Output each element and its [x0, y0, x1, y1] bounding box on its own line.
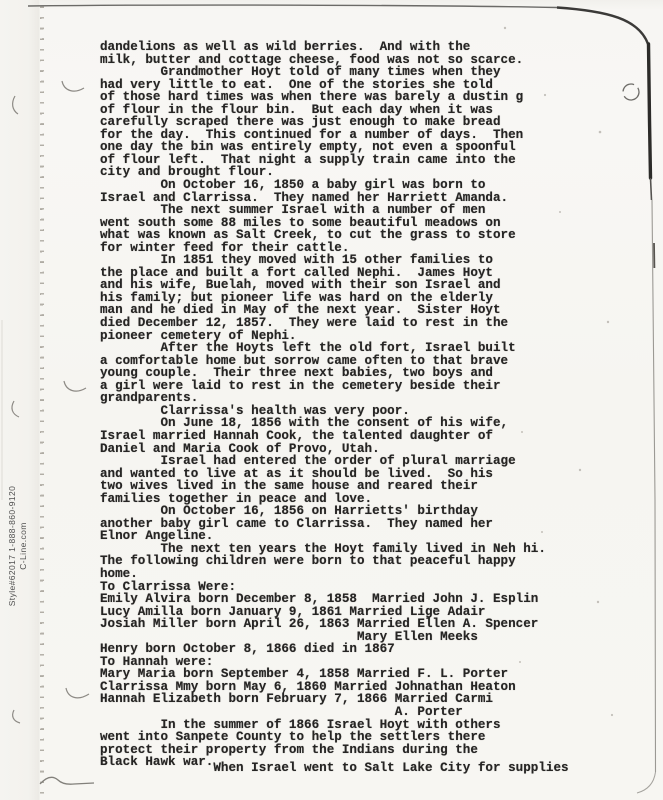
text-line: Elnor Angeline.: [100, 530, 569, 543]
text-line: When Israel went to Salt Lake City for s…: [100, 762, 569, 775]
text-line: The following children were born to that…: [100, 555, 569, 568]
text-line: Israel married Hannah Cook, the talented…: [100, 430, 569, 443]
text-line: carefully scraped there was just enough …: [100, 116, 569, 129]
text-line: grandparents.: [100, 392, 569, 405]
sheet-protector-flap: [0, 0, 40, 800]
text-line: Mary Maria born September 4, 1858 Marrie…: [100, 668, 569, 681]
punch-hole-arc: [62, 81, 84, 91]
text-line: In 1851 they moved with 15 other familie…: [100, 254, 569, 267]
text-line: of those hard times was when there was b…: [100, 91, 569, 104]
protector-style-number: Style#62017 1-888-860-9120: [7, 460, 18, 632]
text-line: home.: [100, 568, 569, 581]
text-line: what was known as Salt Creek, to cut the…: [100, 229, 569, 242]
text-line: After the Hoyts left the old fort, Israe…: [100, 342, 569, 355]
punch-hole-arc: [66, 688, 89, 698]
text-line: Grandmother Hoyt told of many times when…: [100, 66, 569, 79]
text-line: A. Porter: [100, 706, 569, 719]
sheet-protector-imprint: Style#62017 1-888-860-9120 C-Line.com: [7, 460, 31, 632]
text-line: The next summer Israel with a number of …: [100, 204, 569, 217]
text-line: Emily Alvira born December 8, 1858 Marri…: [100, 593, 569, 606]
hole-ring-mark: [620, 81, 643, 104]
text-line: Israel had entered the order of plural m…: [100, 455, 569, 468]
protector-brand: C-Line.com: [18, 460, 29, 632]
perforation-seam: [40, 0, 44, 800]
corner-edge-shadow: [557, 8, 648, 45]
squiggle-mark: [40, 777, 94, 784]
right-edge-line: [652, 200, 656, 772]
scanned-document-page: Style#62017 1-888-860-9120 C-Line.com da…: [0, 0, 663, 800]
text-line: dandelions as well as wild berries. And …: [100, 41, 569, 54]
text-line: Josiah Miller born April 26, 1863 Marrie…: [100, 618, 569, 631]
text-line: young couple. Their three next babies, t…: [100, 367, 569, 380]
typewritten-text-block: dandelions as well as wild berries. And …: [100, 41, 569, 775]
text-line: On October 16, 1856 on Harrietts' birthd…: [100, 505, 569, 518]
top-edge-shadow: [28, 5, 557, 7]
right-edge-shadow-taper: [651, 178, 652, 200]
punch-hole-arc: [64, 381, 86, 391]
text-line: two wives lived in the same house and re…: [100, 480, 569, 493]
text-line: Henry born October 8, 1866 died in 1867: [100, 643, 569, 656]
text-line: died December 12, 1857. They were laid t…: [100, 317, 569, 330]
right-edge-shadow-thick: [649, 44, 651, 178]
text-line: went into Sanpete County to help the set…: [100, 731, 569, 744]
bottom-right-corner-curve: [637, 772, 656, 793]
text-line: On October 16, 1850 a baby girl was born…: [100, 179, 569, 192]
